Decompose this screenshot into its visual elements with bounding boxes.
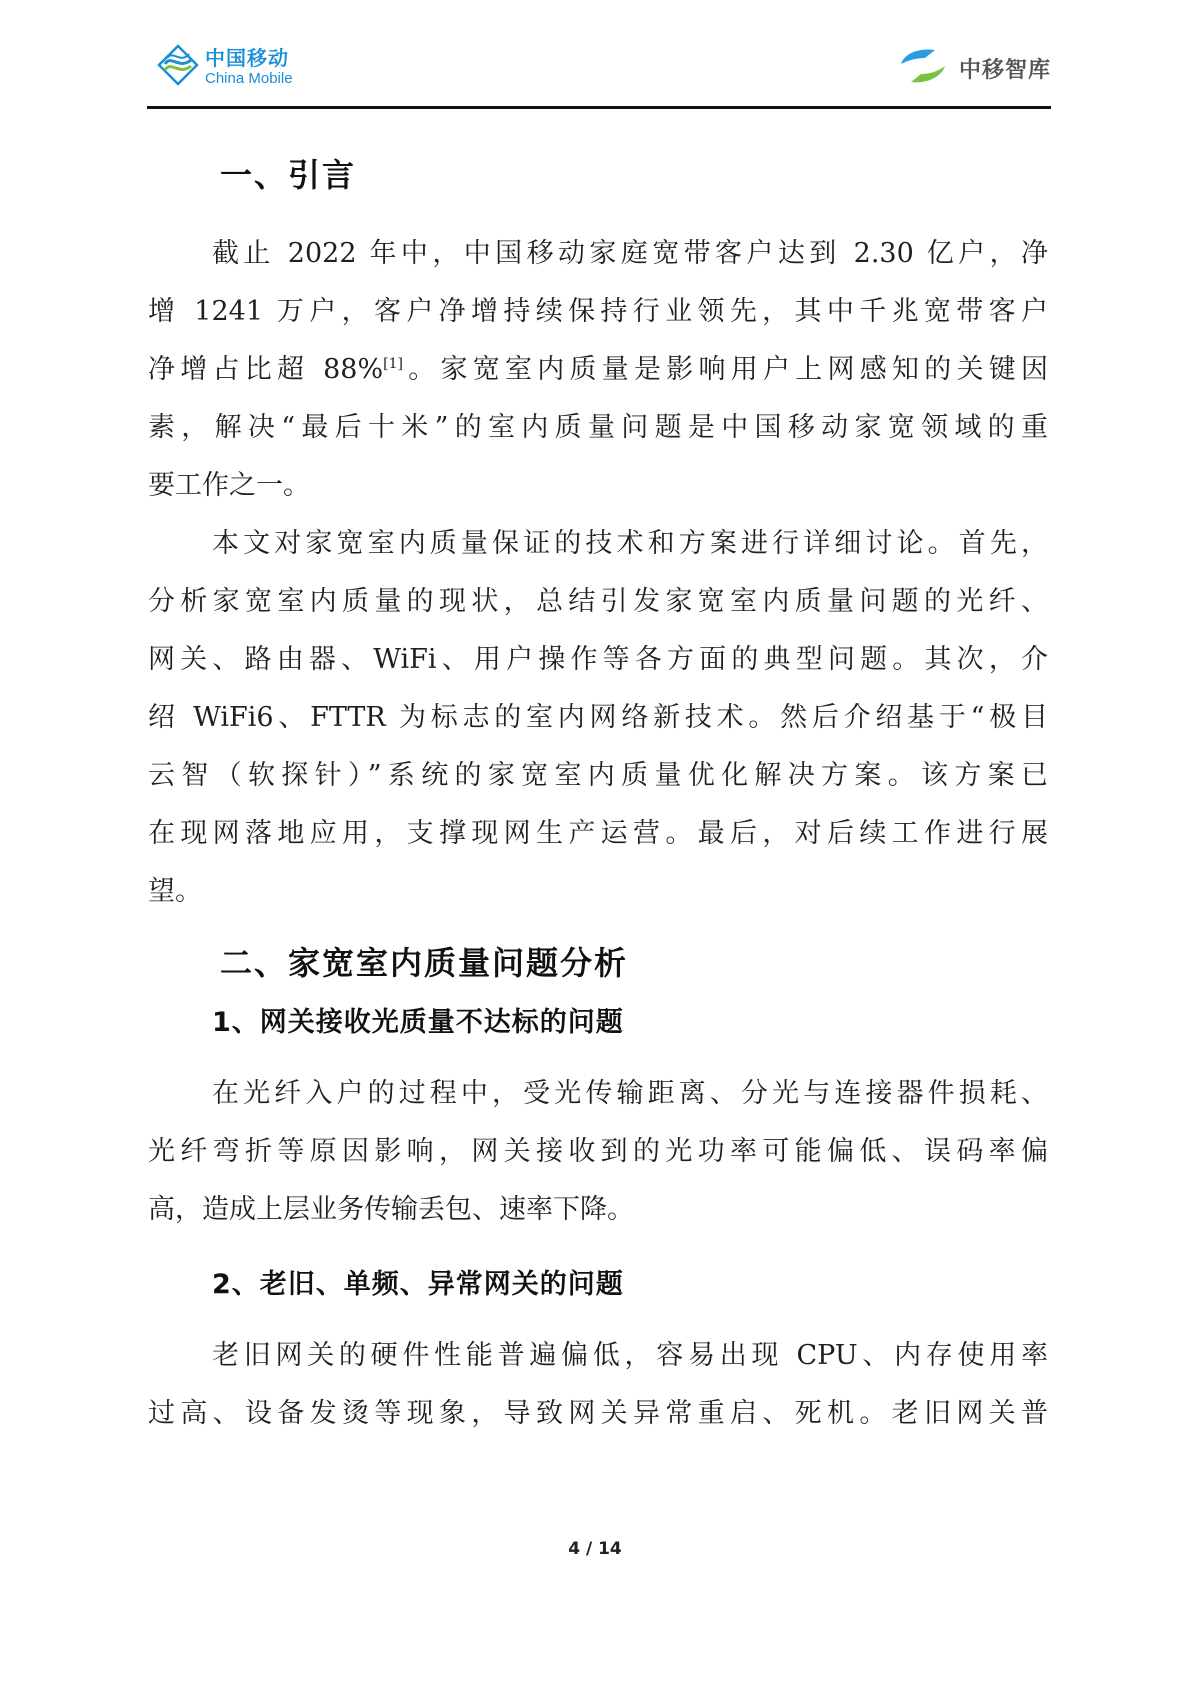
paragraph-text: 净增占比超 88% [148,354,383,385]
paragraph-line: 云智（软探针）”系统的家宽室内质量优化解决方案。该方案已 [148,756,1048,796]
subsection-heading: 2、老旧、单频、异常网关的问题 [212,1262,624,1301]
paragraph-line: 素，解决“最后十米”的室内质量问题是中国移动家宽领域的重 [148,408,1048,448]
paragraph-line: 本文对家宽室内质量保证的技术和方案进行详细讨论。首先， [212,524,1048,564]
zhongyi-zhiku-logo-icon [895,44,951,92]
logo-name: 中移智库 [959,53,1051,84]
paragraph-line: 要工作之一。 [148,466,1048,506]
paragraph-line: 截止 2022 年中，中国移动家庭宽带客户达到 2.30 亿户，净 [212,234,1048,274]
paragraph-line: 增 1241 万户，客户净增持续保持行业领先，其中千兆宽带客户 [148,292,1048,332]
logo-name-cn: 中国移动 [205,48,293,68]
citation-reference[interactable]: [1] [383,356,403,372]
paragraph-line: 光纤弯折等原因影响，网关接收到的光功率可能偏低、误码率偏 [148,1132,1048,1172]
china-mobile-logo-icon [157,44,199,90]
paragraph-line: 绍 WiFi6、FTTR 为标志的室内网络新技术。然后介绍基于“极目 [148,698,1048,738]
section-heading: 二、家宽室内质量问题分析 [220,938,628,984]
page-header: 中国移动 China Mobile 中移智库 [147,36,1051,106]
header-divider [147,106,1051,109]
subsection-heading: 1、网关接收光质量不达标的问题 [212,1000,624,1039]
paragraph-line: 网关、路由器、WiFi、用户操作等各方面的典型问题。其次，介 [148,640,1048,680]
paragraph-line: 高，造成上层业务传输丢包、速率下降。 [148,1190,1048,1230]
paragraph-line: 老旧网关的硬件性能普遍偏低，容易出现 CPU、内存使用率 [212,1336,1048,1376]
paragraph-text: 。家宽室内质量是影响用户上网感知的关键因 [403,354,1048,385]
paragraph-line: 望。 [148,872,1048,912]
china-mobile-logo: 中国移动 China Mobile [157,44,293,90]
logo-name-en: China Mobile [205,71,293,87]
paragraph-line: 在现网落地应用，支撑现网生产运营。最后，对后续工作进行展 [148,814,1048,854]
paragraph-line: 在光纤入户的过程中，受光传输距离、分光与连接器件损耗、 [212,1074,1048,1114]
zhongyi-zhiku-logo: 中移智库 [895,44,1051,92]
paragraph-line: 过高、设备发烫等现象，导致网关异常重启、死机。老旧网关普 [148,1394,1048,1434]
section-heading: 一、引言 [220,150,356,196]
paragraph-line: 净增占比超 88%[1]。家宽室内质量是影响用户上网感知的关键因 [148,350,1048,390]
paragraph-line: 分析家宽室内质量的现状，总结引发家宽室内质量问题的光纤、 [148,582,1048,622]
page-number: 4 / 14 [0,1539,1190,1559]
